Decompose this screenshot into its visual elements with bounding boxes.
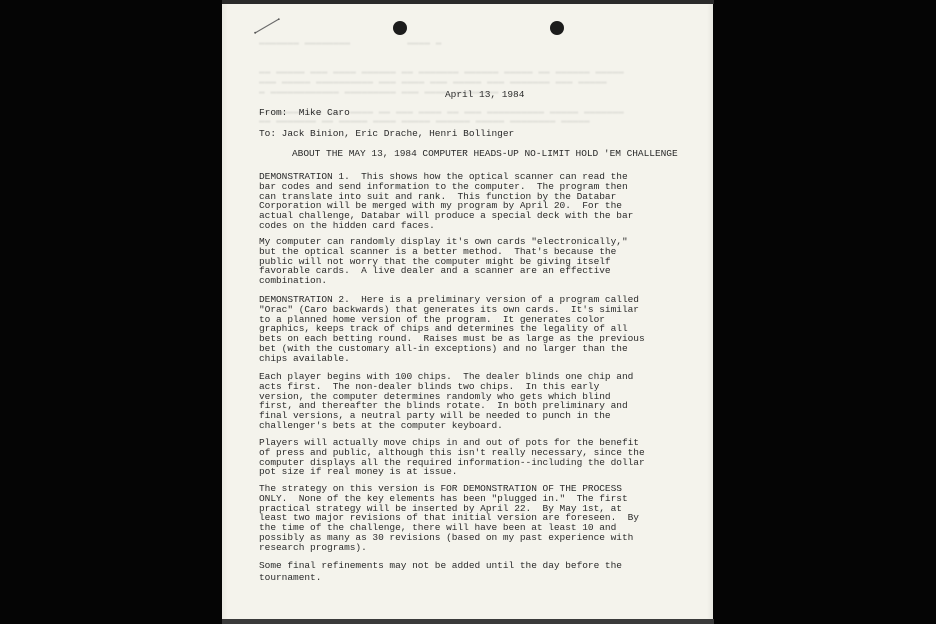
paragraph-chips-blinds: Each player begins with 100 chips. The d… (259, 372, 633, 431)
document-viewer: ▬▬▬▬▬▬▬ ▬▬▬▬▬▬▬▬ ▬▬▬▬ ▬ ▬▬ ▬▬▬▬▬ ▬▬▬ ▬▬▬… (0, 0, 936, 624)
punch-hole-right (550, 21, 564, 35)
scan-bottom-edge (222, 619, 714, 624)
paragraph-move-chips: Players will actually move chips in and … (259, 438, 645, 477)
paragraph-strategy: The strategy on this version is FOR DEMO… (259, 484, 639, 553)
paragraph-final-refinements: Some final refinements may not be added … (259, 560, 622, 584)
paragraph-display-cards: My computer can randomly display it's ow… (259, 237, 628, 286)
memo-recipients: To: Jack Binion, Eric Drache, Henri Boll… (259, 129, 514, 139)
paragraph-demonstration-2: DEMONSTRATION 2. Here is a preliminary v… (259, 295, 645, 364)
memo-page: ▬▬▬▬▬▬▬ ▬▬▬▬▬▬▬▬ ▬▬▬▬ ▬ ▬▬ ▬▬▬▬▬ ▬▬▬ ▬▬▬… (222, 4, 713, 619)
paragraph-demonstration-1: DEMONSTRATION 1. This shows how the opti… (259, 172, 633, 231)
pen-mark-icon (254, 18, 280, 34)
memo-date: April 13, 1984 (445, 90, 524, 100)
memo-subject: ABOUT THE MAY 13, 1984 COMPUTER HEADS-UP… (292, 149, 678, 159)
punch-hole-left (393, 21, 407, 35)
memo-from: From: Mike Caro (259, 108, 350, 118)
